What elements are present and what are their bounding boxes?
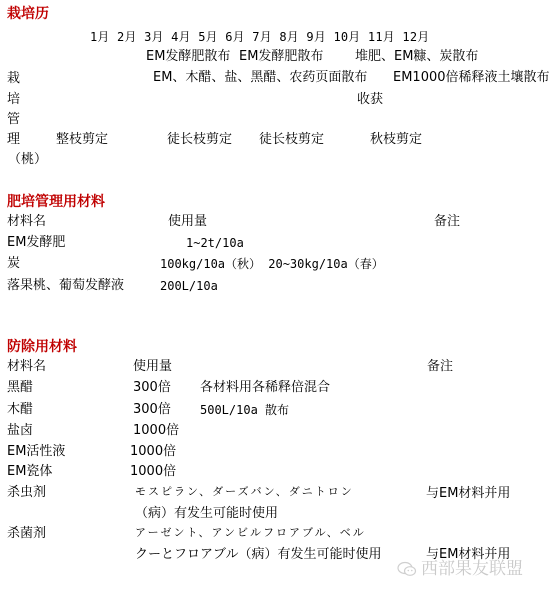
pest-row-name: 木醋 — [7, 402, 33, 418]
pest-row-name: EM活性液 — [7, 444, 65, 460]
pest-header-amount: 使用量 — [133, 359, 172, 375]
pest-header-name: 材料名 — [7, 359, 46, 375]
fertilizer-header-amount: 使用量 — [168, 214, 207, 230]
pest-header-note: 备注 — [427, 359, 453, 375]
calendar-months: 1月 2月 3月 4月 5月 6月 7月 8月 9月 10月 11月 12月 — [90, 29, 429, 45]
pest-row-name: EM瓷体 — [7, 464, 52, 480]
pest-row-amount-line2: クーとフロアブル（病）有发生可能时使用 — [135, 547, 381, 563]
section-title-cultivation-calendar: 栽培历 — [7, 5, 49, 23]
fertilizer-row-amount: 200L/10a — [160, 278, 218, 294]
calendar-pruning-2: 徒长枝剪定 — [167, 132, 232, 148]
pest-row-name: 杀虫剂 — [7, 485, 46, 501]
calendar-foliar-spray: EM、木醋、盐、黑醋、农药页面散布 — [153, 70, 367, 86]
pest-row-note: 与EM材料并用 — [426, 486, 510, 502]
calendar-em-fertilizer-1: EM发酵肥散布 — [146, 49, 230, 65]
fertilizer-row-amount: 1~2t/10a — [186, 235, 244, 251]
section-title-pest-control-materials: 防除用材料 — [7, 338, 77, 356]
calendar-soil-spray: EM1000倍稀释液土壤散布 — [393, 70, 550, 86]
pest-row-name: 杀菌剂 — [7, 526, 46, 542]
pest-row-amount: 1000倍 — [130, 464, 176, 480]
calendar-pruning-1: 整枝剪定 — [56, 132, 108, 148]
calendar-label-char-3: 管 — [7, 112, 20, 128]
calendar-pruning-3: 徒长枝剪定 — [259, 132, 324, 148]
calendar-compost: 堆肥、EM糠、炭散布 — [355, 49, 478, 65]
fertilizer-header-name: 材料名 — [7, 214, 46, 230]
pest-row-extra: 500L/10a 散布 — [200, 402, 289, 418]
fertilizer-row-name: 落果桃、葡萄发酵液 — [7, 278, 124, 294]
wechat-icon — [397, 561, 417, 577]
calendar-pruning-4: 秋枝剪定 — [370, 132, 422, 148]
pest-row-amount-line1: アーゼント、アンビルフロアブル、ベル — [135, 525, 366, 541]
calendar-label-char-4: 理 — [7, 132, 20, 148]
pest-row-amount: 1000倍 — [133, 423, 179, 439]
section-title-fertilizer-materials: 肥培管理用材料 — [7, 193, 105, 211]
pest-row-amount: 300倍 — [133, 380, 171, 396]
calendar-label-char-2: 培 — [7, 92, 20, 108]
fertilizer-row-amount: 100kg/10a（秋） 20~30kg/10a（春） — [160, 256, 384, 272]
fertilizer-header-note: 备注 — [434, 214, 460, 230]
fertilizer-row-name: EM发酵肥 — [7, 235, 65, 251]
calendar-harvest: 收获 — [357, 92, 383, 108]
fertilizer-row-name: 炭 — [7, 256, 20, 272]
calendar-em-fertilizer-2: EM发酵肥散布 — [239, 49, 323, 65]
pest-row-name: 盐卤 — [7, 423, 33, 439]
calendar-label-peach: （桃） — [8, 152, 47, 168]
pest-row-amount-line2: （病）有发生可能时使用 — [135, 506, 278, 522]
pest-row-name: 黑醋 — [7, 380, 33, 396]
pest-row-amount: 300倍 — [133, 402, 171, 418]
pest-row-extra: 各材料用各稀释倍混合 — [200, 380, 330, 396]
watermark: 西部果友联盟 — [397, 559, 523, 579]
pest-row-amount-line1: モスピラン、ダーズバン、ダニトロン — [135, 484, 354, 500]
pest-row-amount: 1000倍 — [130, 444, 176, 460]
calendar-label-char-1: 栽 — [7, 71, 20, 87]
watermark-text: 西部果友联盟 — [421, 559, 523, 579]
